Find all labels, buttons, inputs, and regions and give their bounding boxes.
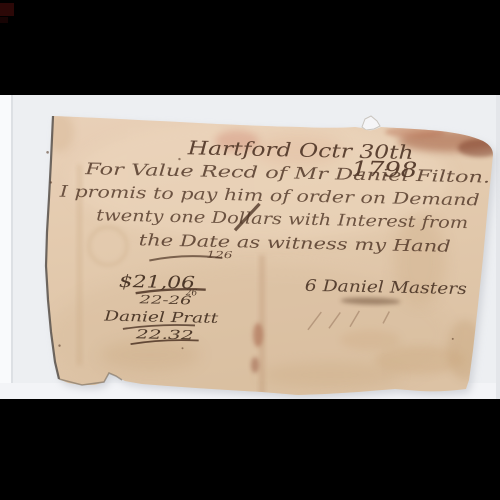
notation-126: 126 — [206, 250, 232, 262]
mat-left-edge-line — [11, 95, 13, 399]
document-photo: Hartford Octr 30th 1798 For Value Recd o… — [0, 0, 500, 500]
letterbox-bottom — [0, 399, 500, 500]
mat-left-strip — [0, 95, 11, 399]
mat-right-edge — [496, 95, 500, 399]
payee-signature: Daniel Pratt — [103, 309, 219, 327]
red-speck-small — [0, 17, 8, 23]
red-speck-large — [0, 3, 14, 16]
letterbox-top — [0, 0, 500, 95]
photo-viewer: Hartford Octr 30th 1798 For Value Recd o… — [0, 0, 500, 500]
signature-text: 6 Daniel Masters — [305, 276, 467, 298]
calc-subtotal: 22-26 — [138, 292, 192, 307]
